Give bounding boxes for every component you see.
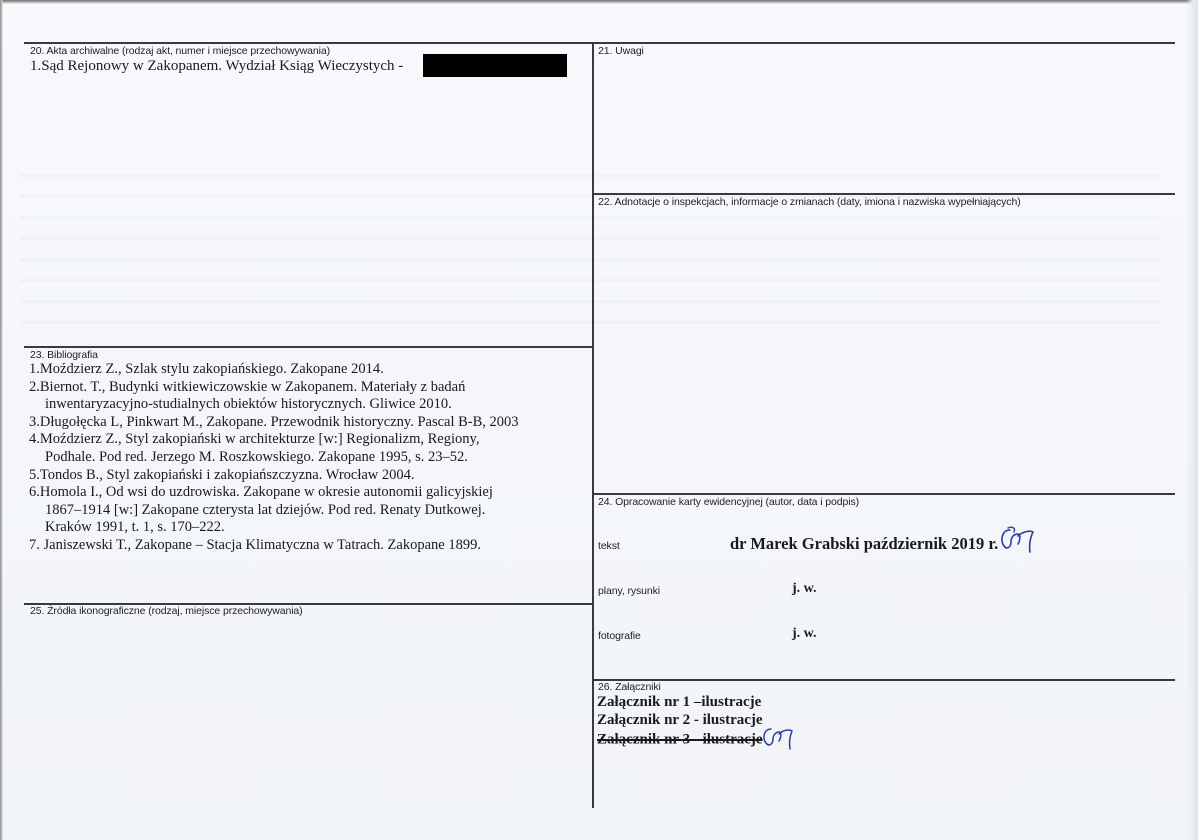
author-row-value-photos: j. w.	[792, 626, 817, 642]
section-23-label: 23. Bibliografia	[30, 349, 98, 361]
author-row-key-drawings: plany, rysunki	[598, 585, 660, 597]
bibliography-line: 4.Moździerz Z., Styl zakopiański w archi…	[29, 431, 519, 449]
bibliography-line: 7. Janiszewski T., Zakopane – Stacja Kli…	[29, 537, 519, 555]
attachment-item-row: Załącznik nr 3 - ilustracje	[597, 729, 795, 751]
attachments-list: Załącznik nr 1 –ilustracje Załącznik nr …	[597, 693, 795, 751]
bibliography-line: Podhale. Pod red. Jerzego M. Roszkowskie…	[29, 449, 519, 467]
rule-section-23	[24, 346, 594, 348]
author-row-key-photos: fotografie	[598, 630, 641, 642]
author-row-value-text: dr Marek Grabski październik 2019 r.	[730, 534, 1036, 554]
scan-edge-top	[0, 0, 1198, 4]
bibliography-line: 2.Biernot. T., Budynki witkiewiczowskie …	[29, 379, 519, 397]
bibliography-line: 1.Moździerz Z., Szlak stylu zakopiańskie…	[29, 361, 519, 379]
scan-edge-right	[1186, 0, 1198, 840]
bibliography-line: inwentaryzacyjno-studialnych obiektów hi…	[29, 396, 519, 414]
attachment-item: Załącznik nr 1 –ilustracje	[597, 693, 795, 711]
author-row-value-drawings: j. w.	[792, 581, 817, 597]
bibliography-line: 1867–1914 [w:] Zakopane czterysta lat dz…	[29, 502, 519, 520]
rule-top	[24, 42, 1175, 44]
bibliography-line: 3.Długołęcka L, Pinkwart M., Zakopane. P…	[29, 414, 519, 432]
bibliography-line: 6.Homola I., Od wsi do uzdrowiska. Zakop…	[29, 484, 519, 502]
author-name-date: dr Marek Grabski październik 2019 r.	[730, 534, 998, 553]
signature-icon	[759, 723, 795, 751]
rule-section-26	[593, 679, 1175, 681]
document-page: 20. Akta archiwalne (rodzaj akt, numer i…	[0, 0, 1198, 840]
bibliography-line: Kraków 1991, t. 1, s. 170–222.	[29, 519, 519, 537]
redacted-block	[423, 54, 567, 77]
bibliography-line: 5.Tondos B., Styl zakopiański i zakopiań…	[29, 467, 519, 485]
column-divider	[592, 42, 594, 808]
section-22-label: 22. Adnotacje o inspekcjach, informacje …	[598, 196, 1021, 208]
section-24-label: 24. Opracowanie karty ewidencyjnej (auto…	[598, 496, 859, 508]
attachment-item-struck: Załącznik nr 3 - ilustracje	[597, 732, 763, 748]
section-21-label: 21. Uwagi	[598, 45, 644, 57]
section-26-label: 26. Załączniki	[598, 681, 661, 693]
rule-section-24	[593, 493, 1175, 495]
bibliography-list: 1.Moździerz Z., Szlak stylu zakopiańskie…	[29, 361, 519, 555]
reverse-side-show-through	[20, 160, 1160, 340]
signature-icon	[996, 524, 1036, 554]
section-20-entry: 1.Sąd Rejonowy w Zakopanem. Wydział Ksią…	[30, 58, 403, 76]
author-row-key-text: tekst	[598, 540, 620, 552]
section-25-label: 25. Źródła ikonograficzne (rodzaj, miejs…	[30, 605, 303, 617]
scan-edge-left	[0, 0, 3, 840]
rule-section-22	[593, 193, 1175, 195]
section-20-label: 20. Akta archiwalne (rodzaj akt, numer i…	[30, 45, 330, 57]
